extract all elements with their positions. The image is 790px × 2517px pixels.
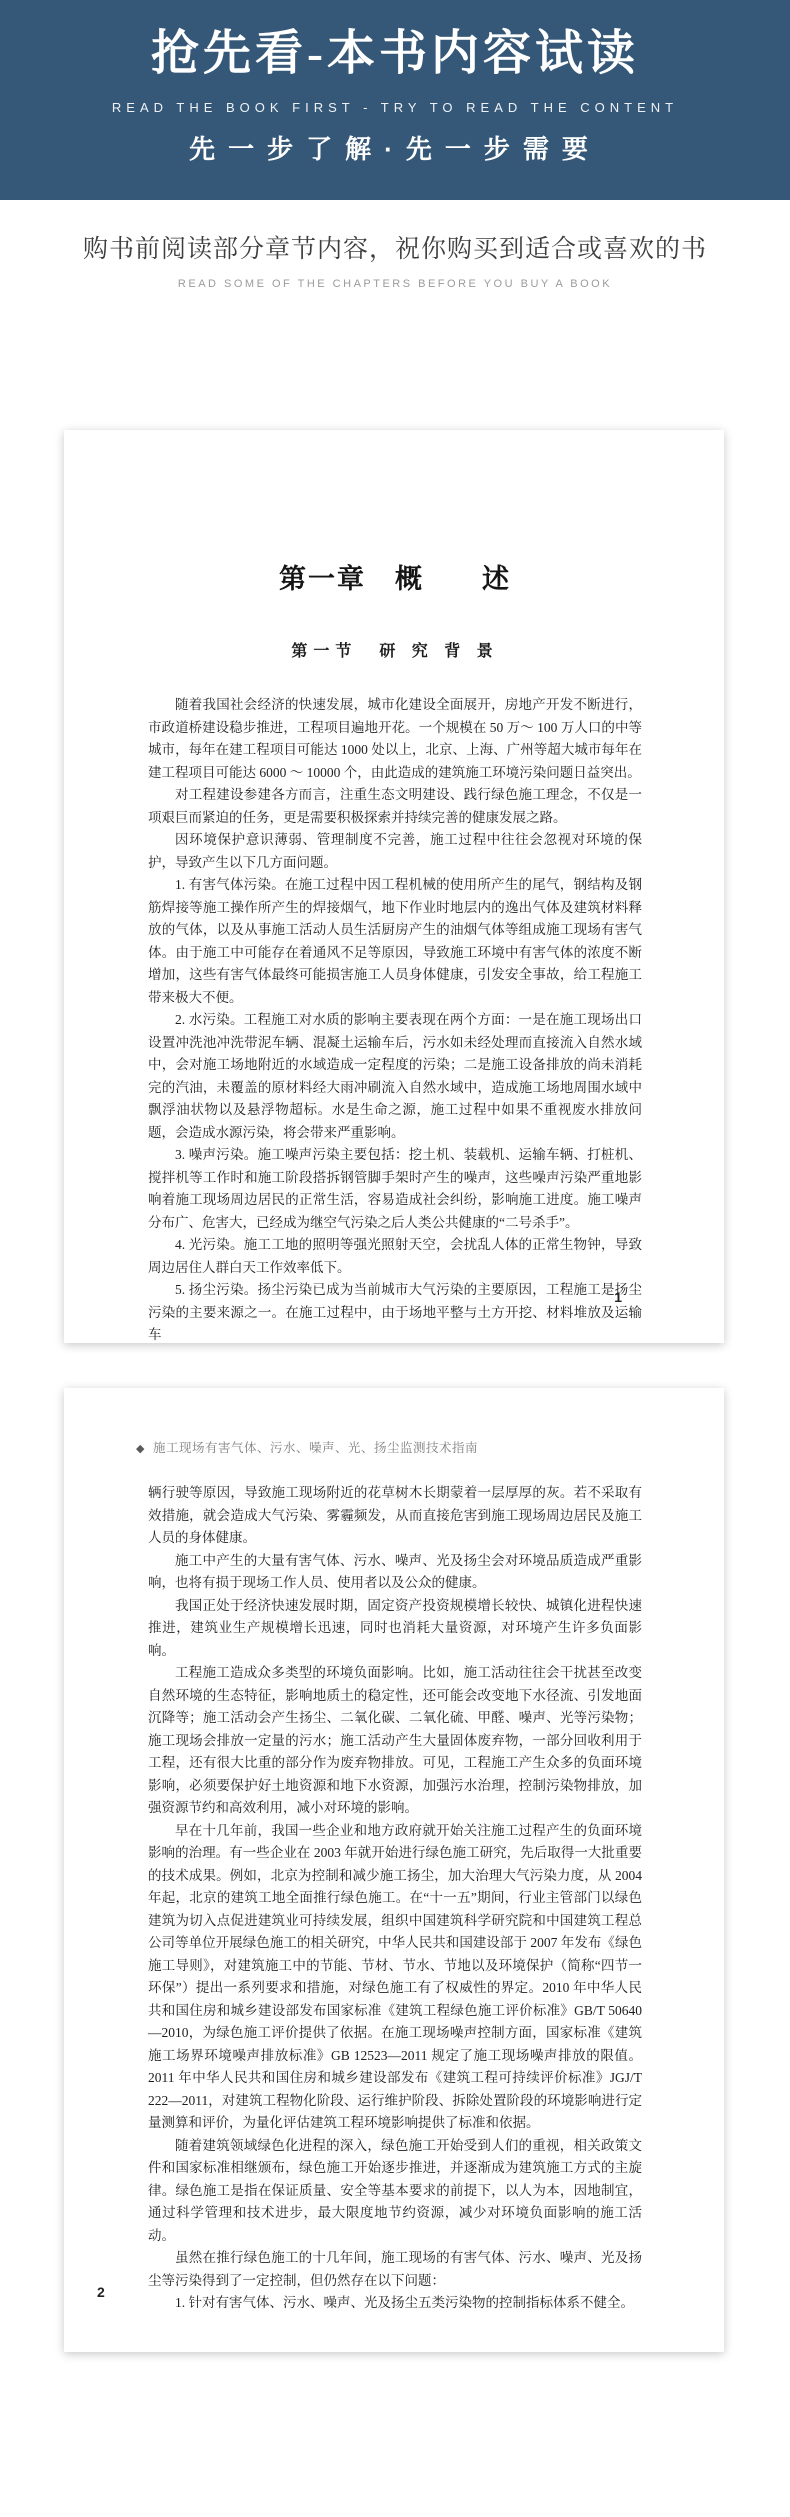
body-paragraph: 虽然在推行绿色施工的十几年间，施工现场的有害气体、污水、噪声、光及扬尘等污染得到…: [148, 2247, 642, 2292]
intro-line-en: READ SOME OF THE CHAPTERS BEFORE YOU BUY…: [0, 278, 790, 290]
intro-strip: 购书前阅读部分章节内容，祝你购买到适合或喜欢的书 READ SOME OF TH…: [0, 200, 790, 430]
body-paragraph: 施工中产生的大量有害气体、污水、噪声、光及扬尘会对环境品质造成严重影响，也将有损…: [148, 1550, 642, 1595]
diamond-bullet-icon: ◆: [136, 1443, 145, 1455]
book-page-2: ◆施工现场有害气体、污水、噪声、光、扬尘监测技术指南 辆行驶等原因，导致施工现场…: [64, 1388, 724, 2352]
body-paragraph: 1. 有害气体污染。在施工过程中因工程机械的使用所产生的尾气，钢结构及钢筋焊接等…: [148, 874, 642, 1009]
body-paragraph: 1. 针对有害气体、污水、噪声、光及扬尘五类污染物的控制指标体系不健全。: [148, 2292, 642, 2315]
book-preview-pages: 第一章 概 述 第一节 研 究 背 景 随着我国社会经济的快速发展，城市化建设全…: [0, 430, 790, 2517]
body-paragraph: 随着我国社会经济的快速发展，城市化建设全面展开，房地产开发不断进行，市政道桥建设…: [148, 694, 642, 784]
running-header-text: 施工现场有害气体、污水、噪声、光、扬尘监测技术指南: [153, 1441, 478, 1455]
body-paragraph: 5. 扬尘污染。扬尘污染已成为当前城市大气污染的主要原因，工程施工是扬尘污染的主…: [148, 1279, 642, 1343]
section-title: 第一节 研 究 背 景: [148, 642, 642, 662]
page-number-1: 1: [614, 1289, 622, 1305]
body-paragraph: 早在十几年前，我国一些企业和地方政府就开始关注施工过程产生的负面环境影响的治理。…: [148, 1820, 642, 2135]
chapter-title: 第一章 概 述: [148, 562, 642, 596]
page-1-body: 随着我国社会经济的快速发展，城市化建设全面展开，房地产开发不断进行，市政道桥建设…: [148, 694, 642, 1343]
body-paragraph: 辆行驶等原因，导致施工现场附近的花草树木长期蒙着一层厚厚的灰。若不采取有效措施，…: [148, 1482, 642, 1550]
promo-banner: 抢先看-本书内容试读 READ THE BOOK FIRST - TRY TO …: [0, 0, 790, 200]
banner-subtitle-en: READ THE BOOK FIRST - TRY TO READ THE CO…: [0, 100, 790, 116]
banner-tagline: 先一步了解·先一步需要: [0, 133, 790, 165]
body-paragraph: 我国正处于经济快速发展时期，固定资产投资规模增长较快、城镇化进程快速推进，建筑业…: [148, 1595, 642, 1663]
body-paragraph: 随着建筑领域绿色化进程的深入，绿色施工开始受到人们的重视，相关政策文件和国家标准…: [148, 2135, 642, 2248]
page-2-body: 辆行驶等原因，导致施工现场附近的花草树木长期蒙着一层厚厚的灰。若不采取有效措施，…: [148, 1482, 642, 2315]
book-page-1: 第一章 概 述 第一节 研 究 背 景 随着我国社会经济的快速发展，城市化建设全…: [64, 430, 724, 1343]
body-paragraph: 3. 噪声污染。施工噪声污染主要包括：挖土机、装载机、运输车辆、打桩机、搅拌机等…: [148, 1144, 642, 1234]
body-paragraph: 因环境保护意识薄弱、管理制度不完善，施工过程中往往会忽视对环境的保护，导致产生以…: [148, 829, 642, 874]
body-paragraph: 4. 光污染。施工工地的照明等强光照射天空，会扰乱人体的正常生物钟，导致周边居住…: [148, 1234, 642, 1279]
running-header: ◆施工现场有害气体、污水、噪声、光、扬尘监测技术指南: [136, 1440, 642, 1458]
banner-title: 抢先看-本书内容试读: [0, 24, 790, 84]
body-paragraph: 2. 水污染。工程施工对水质的影响主要表现在两个方面：一是在施工现场出口设置冲洗…: [148, 1009, 642, 1144]
page-number-2: 2: [97, 2284, 105, 2300]
intro-line-cn: 购书前阅读部分章节内容，祝你购买到适合或喜欢的书: [0, 233, 790, 265]
body-paragraph: 工程施工造成众多类型的环境负面影响。比如，施工活动往往会干扰甚至改变自然环境的生…: [148, 1662, 642, 1820]
body-paragraph: 对工程建设参建各方而言，注重生态文明建设、践行绿色施工理念，不仅是一项艰巨而紧迫…: [148, 784, 642, 829]
